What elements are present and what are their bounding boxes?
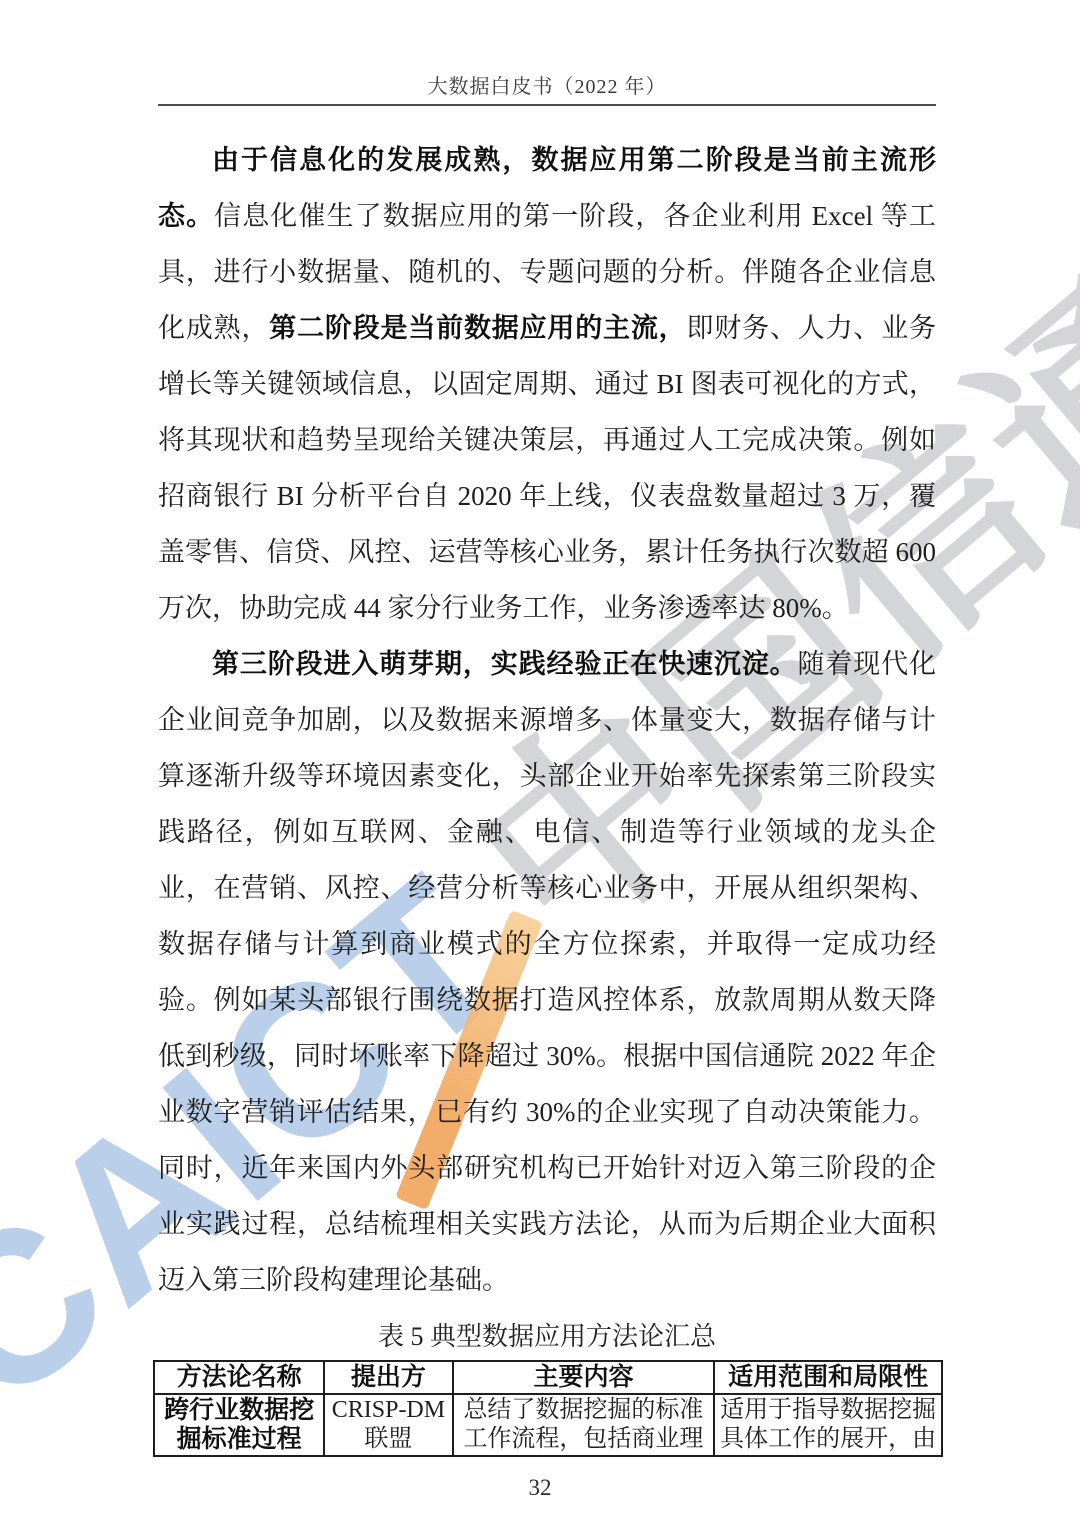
table-header-row: 方法论名称 提出方 主要内容 适用范围和局限性 bbox=[154, 1361, 942, 1394]
methodology-table: 方法论名称 提出方 主要内容 适用范围和局限性 跨行业数据挖掘标准过程 CRIS… bbox=[153, 1360, 943, 1457]
paragraph-stage3-text: 随着现代化企业间竞争加剧，以及数据来源增多、体量变大，数据存储与计算逐渐升级等环… bbox=[158, 649, 936, 1295]
table-cell-methodology-name: 跨行业数据挖掘标准过程 bbox=[154, 1394, 324, 1456]
table-header-proposer: 提出方 bbox=[324, 1361, 452, 1394]
page-body: 由于信息化的发展成熟，数据应用第二阶段是当前主流形态。信息化催生了数据应用的第一… bbox=[158, 132, 936, 1457]
paragraph-stage2: 由于信息化的发展成熟，数据应用第二阶段是当前主流形态。信息化催生了数据应用的第一… bbox=[158, 132, 936, 636]
page-header: 大数据白皮书（2022 年） bbox=[158, 0, 936, 106]
document-title: 大数据白皮书（2022 年） bbox=[158, 74, 936, 100]
table-header-methodology-name: 方法论名称 bbox=[154, 1361, 324, 1394]
table-cell-scope-limitations: 适用于指导数据挖掘具体工作的展开，由 bbox=[714, 1394, 942, 1456]
table-header-main-content: 主要内容 bbox=[453, 1361, 715, 1394]
table-cell-main-content: 总结了数据挖掘的标准工作流程，包括商业理 bbox=[453, 1394, 715, 1456]
page-footer: 32 bbox=[0, 1473, 1080, 1503]
paragraph-stage3: 第三阶段进入萌芽期，实践经验正在快速沉淀。随着现代化企业间竞争加剧，以及数据来源… bbox=[158, 636, 936, 1308]
paragraph-stage3-lead: 第三阶段进入萌芽期，实践经验正在快速沉淀。 bbox=[212, 649, 797, 679]
table-header-scope-limitations: 适用范围和局限性 bbox=[714, 1361, 942, 1394]
table-cell-proposer: CRISP-DM 联盟 bbox=[324, 1394, 452, 1456]
table-caption: 表 5 典型数据应用方法论汇总 bbox=[158, 1320, 936, 1354]
page-number: 32 bbox=[529, 1475, 552, 1500]
document-page: CAICT中国信通院 大数据白皮书（2022 年） 由于信息化的发展成熟，数据应… bbox=[0, 0, 1080, 1527]
paragraph-stage2-text-2: 即财务、人力、业务增长等关键领域信息，以固定周期、通过 BI 图表可视化的方式，… bbox=[158, 313, 936, 623]
table-row: 跨行业数据挖掘标准过程 CRISP-DM 联盟 总结了数据挖掘的标准工作流程，包… bbox=[154, 1394, 942, 1456]
paragraph-stage2-emphasis: 第二阶段是当前数据应用的主流， bbox=[269, 313, 686, 343]
